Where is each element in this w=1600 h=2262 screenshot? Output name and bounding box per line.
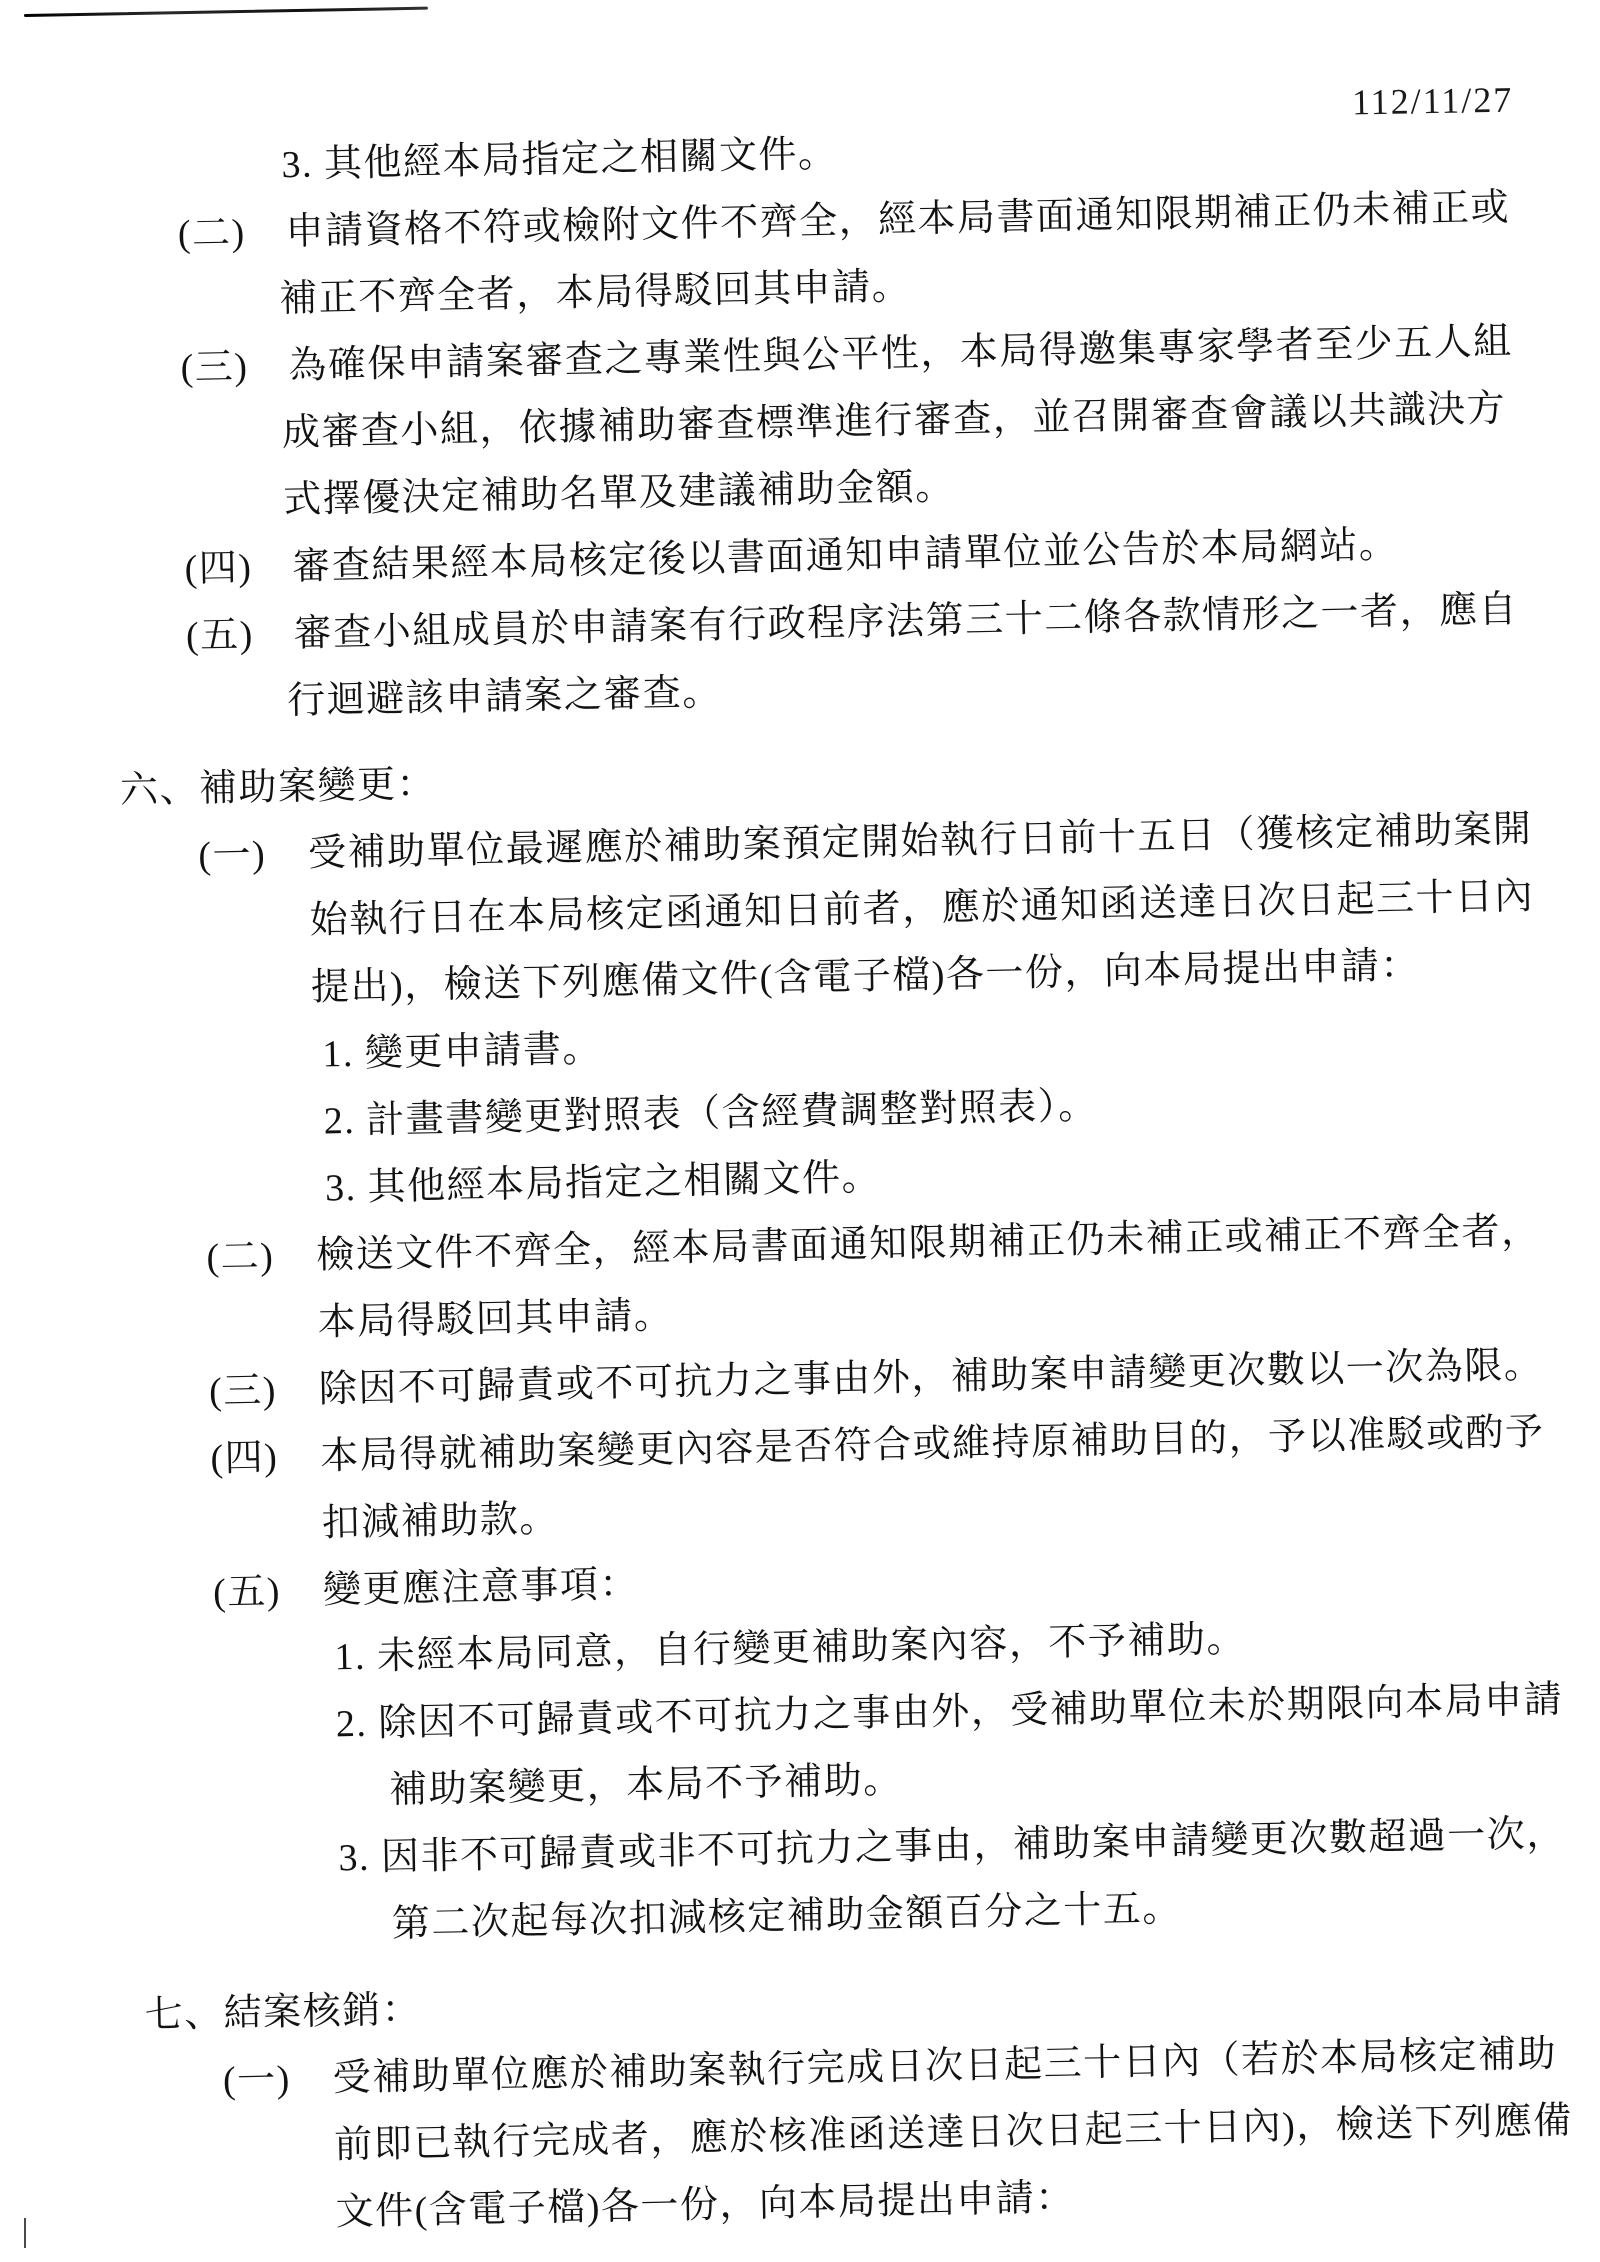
item-text: 檢送文件不齊全，經本局書面通知限期補正仍未補正或補正不齊全者， xyxy=(316,1210,1541,1277)
item-text: 本局得就補助案變更內容是否符合或維持原補助目的，予以准駁或酌予 xyxy=(320,1411,1545,1478)
item-text: 除因不可歸責或不可抗力之事由外，補助案申請變更次數以一次為限。 xyxy=(319,1344,1544,1411)
item-text: 受補助單位最遲應於補助案預定開始執行日前十五日（獲核定補助案開 xyxy=(308,808,1533,875)
item-bullet: (一) xyxy=(223,2058,292,2101)
item-bullet: (三) xyxy=(209,1370,278,1413)
item-bullet: (四) xyxy=(210,1437,279,1480)
scanned-document-page: 112/11/27 3. 其他經本局指定之相關文件。(二)申請資格不符或檢附文件… xyxy=(0,0,1600,2262)
item-bullet: (一) xyxy=(198,834,267,877)
item-bullet: (二) xyxy=(177,212,246,255)
item-bullet: (五) xyxy=(186,614,255,657)
item-text: 申請資格不符或檢附文件不齊全，經本局書面通知限期補正仍未補正或 xyxy=(285,187,1510,254)
scan-artifact-line-bottom xyxy=(24,2218,26,2248)
item-bullet: (三) xyxy=(180,346,249,389)
item-bullet: (五) xyxy=(213,1571,282,1614)
item-text: 為確保申請案審查之專業性與公平性，本局得邀集專家學者至少五人組 xyxy=(288,321,1513,388)
item-text: 受補助單位應於補助案執行完成日次日起三十日內（若於本局核定補助 xyxy=(332,2033,1557,2100)
item-bullet: (二) xyxy=(206,1236,275,1279)
item-text: 審查小組成員於申請案有行政程序法第三十二條各款情形之一者，應自 xyxy=(293,588,1518,655)
document-body: 3. 其他經本局指定之相關文件。(二)申請資格不符或檢附文件不齊全，經本局書面通… xyxy=(0,106,1600,2253)
scan-artifact-line-top xyxy=(24,7,428,17)
item-bullet: (四) xyxy=(184,547,253,590)
item-text: 變更應注意事項： xyxy=(323,1563,640,1611)
item-text: 審查結果經本局核定後以書面通知申請單位並公告於本局網站。 xyxy=(292,524,1399,588)
